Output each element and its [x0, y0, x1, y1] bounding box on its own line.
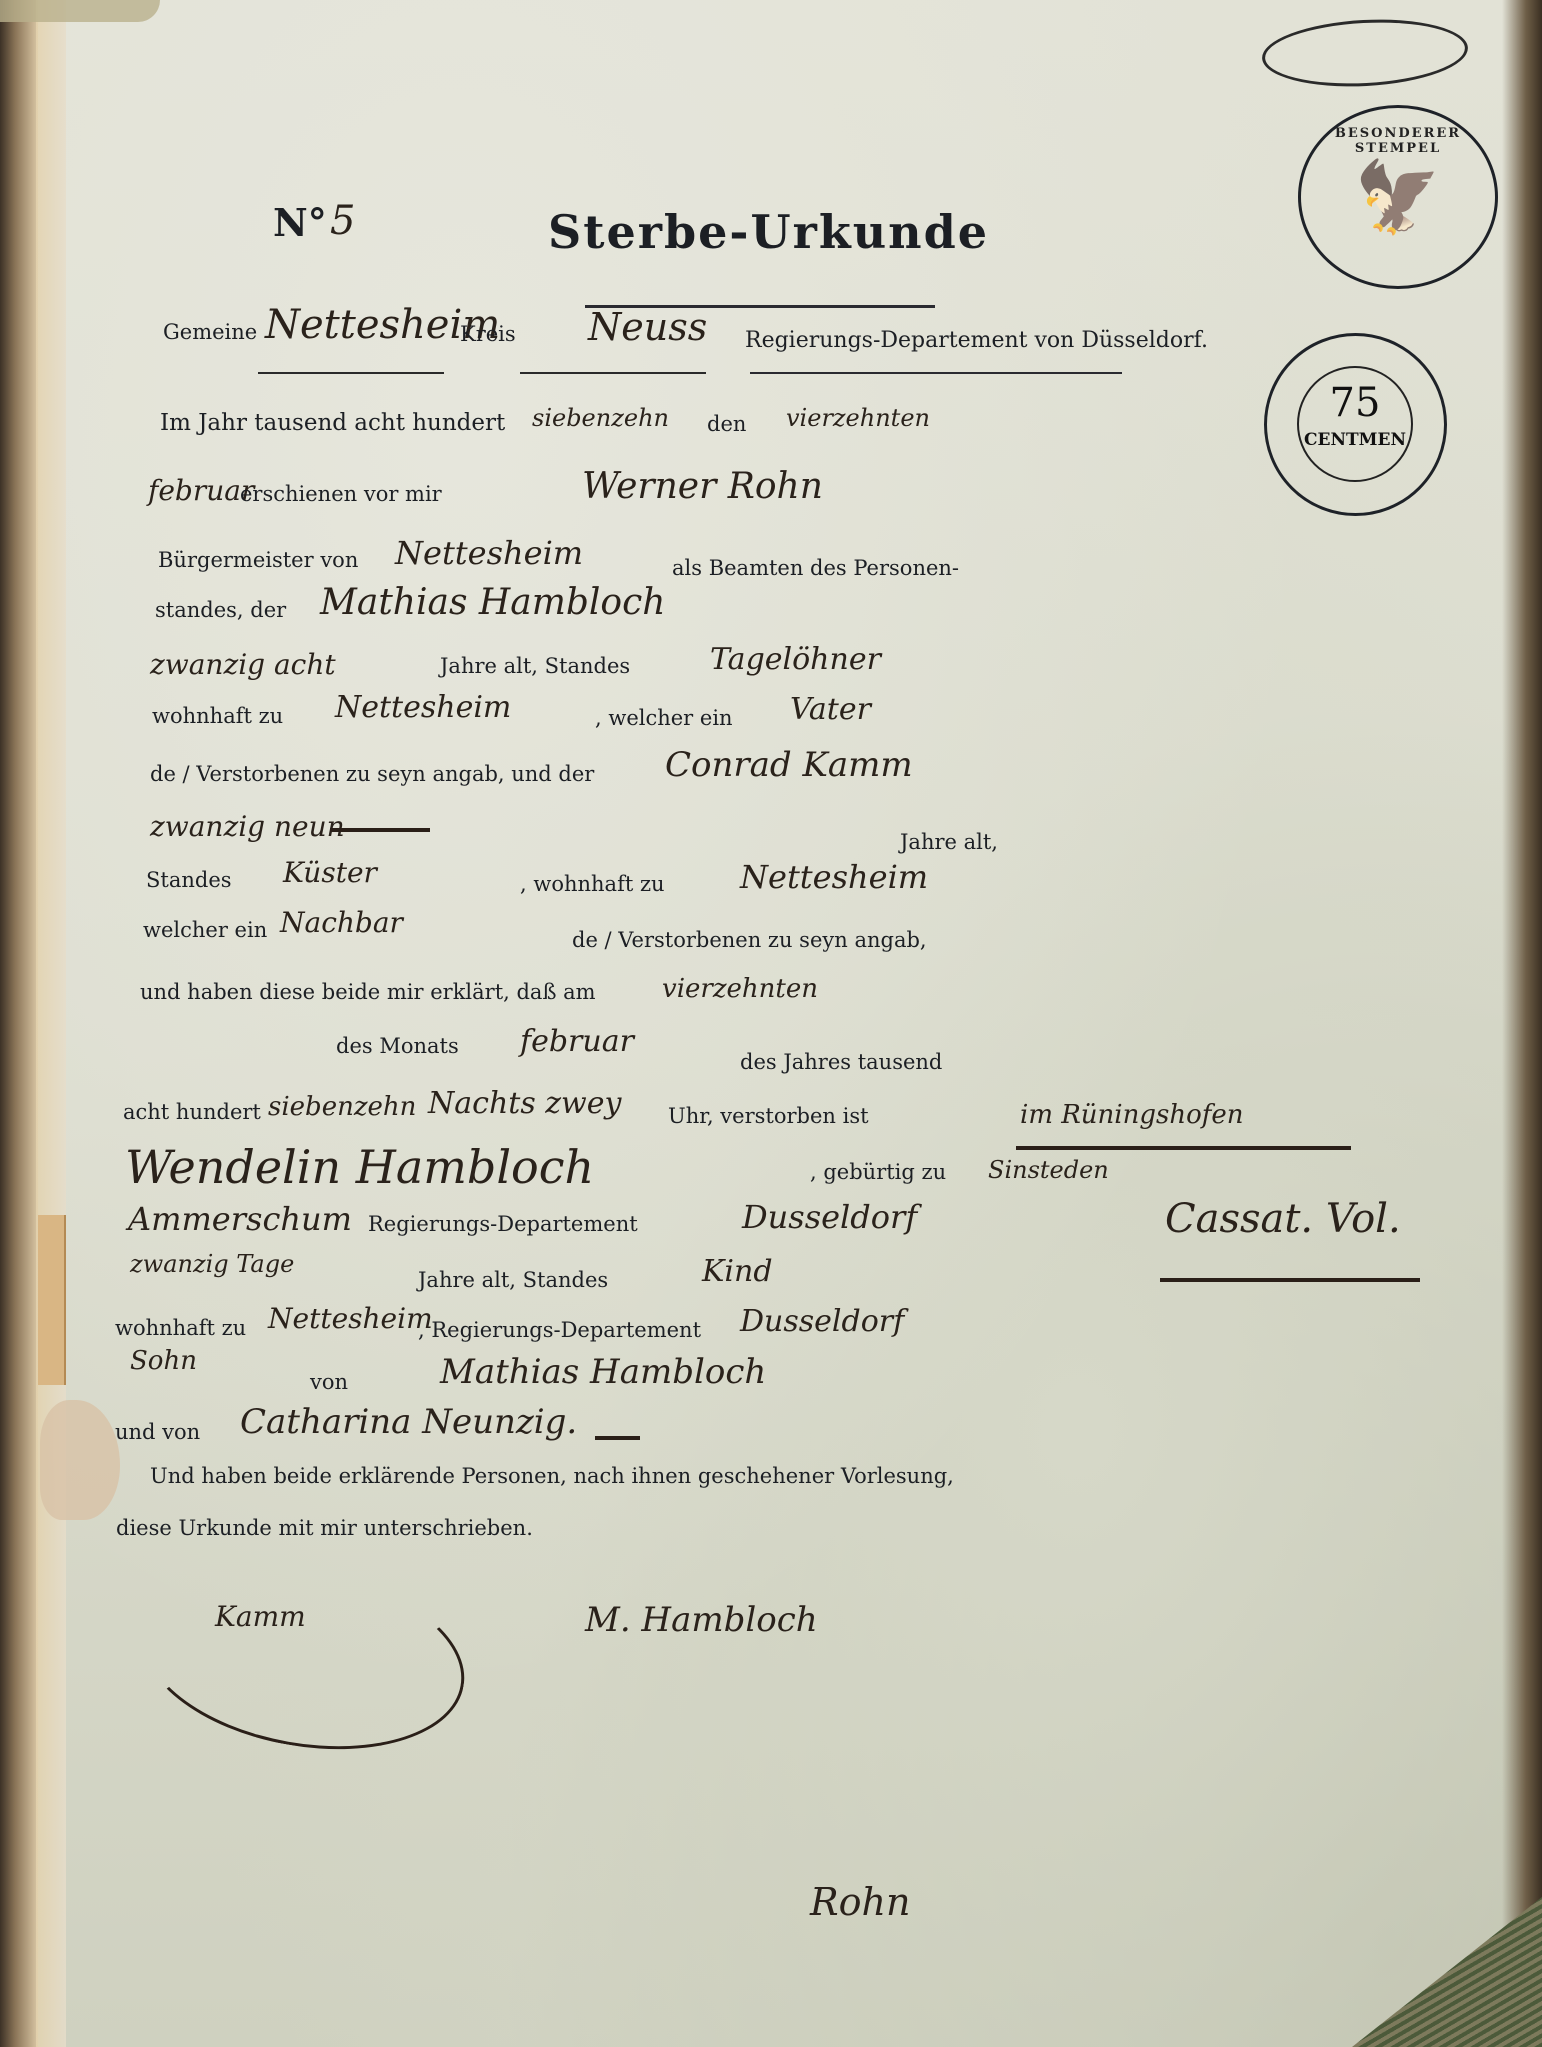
- document-title: Sterbe-Urkunde: [548, 205, 989, 259]
- printed-text: Regierungs-Departement: [368, 1212, 638, 1236]
- page-edge-shadow: [1502, 0, 1542, 2047]
- handwritten-month: februar: [148, 474, 254, 507]
- margin-note-line: im Rüningshofen: [1020, 1100, 1244, 1130]
- handwritten-day: vierzehnten: [662, 974, 818, 1004]
- printed-text: standes, der: [155, 598, 286, 622]
- page-stack-corner: [1352, 1897, 1542, 2047]
- printed-text: und von: [115, 1420, 200, 1444]
- handwritten-deceased-name: Wendelin Hambloch: [125, 1140, 594, 1194]
- printed-text: und haben diese beide mir erklärt, daß a…: [140, 980, 596, 1004]
- printed-text: , Regierungs-Departement: [418, 1318, 701, 1342]
- tax-stamp-unit: CENTMEN: [1299, 430, 1411, 450]
- printed-text: Bürgermeister von: [158, 548, 358, 572]
- field-underline: [258, 372, 444, 374]
- handwritten-year: siebenzehn: [268, 1092, 416, 1122]
- printed-text: acht hundert: [123, 1100, 261, 1124]
- handwritten-place: Nettesheim: [395, 534, 583, 572]
- handwritten-mayor-name: Werner Rohn: [582, 466, 823, 507]
- kreis-value: Neuss: [588, 305, 707, 349]
- header-rule: [750, 372, 1122, 374]
- oval-stamp: [1260, 15, 1469, 92]
- handwritten-relation: Nachbar: [280, 906, 403, 939]
- handwritten-place: Nettesheim: [740, 858, 928, 896]
- printed-text: Jahre alt, Standes: [418, 1268, 608, 1292]
- certificate-number-label: N°: [273, 200, 327, 245]
- paper-tear: [40, 1400, 120, 1520]
- printed-text: de / Verstorbenen zu seyn angab,: [572, 928, 927, 952]
- document-page: BESONDERER STEMPEL 🦅 75 CENTMEN N° 5 Ste…: [0, 0, 1542, 2047]
- printed-text: de / Verstorbenen zu seyn angab, und der: [150, 762, 594, 786]
- printed-text: Jahre alt,: [900, 830, 998, 854]
- department-text: Regierungs-Departement von Düsseldorf.: [745, 328, 1208, 353]
- handwritten-day: vierzehnten: [786, 404, 930, 432]
- printed-text: welcher ein: [143, 918, 267, 942]
- eagle-stamp: BESONDERER STEMPEL 🦅: [1298, 105, 1498, 289]
- printed-text: , gebürtig zu: [810, 1160, 946, 1184]
- handwritten-month: februar: [520, 1024, 634, 1059]
- handwritten-time: Nachts zwey: [428, 1086, 621, 1121]
- handwritten-place: Nettesheim: [335, 690, 511, 725]
- tax-stamp: 75 CENTMEN: [1264, 333, 1447, 516]
- handwritten-occupation: Kind: [702, 1254, 773, 1289]
- handwritten-age: zwanzig neun: [150, 810, 345, 843]
- margin-note-line: Cassat. Vol.: [1165, 1196, 1401, 1242]
- handwritten-witness: Conrad Kamm: [665, 745, 913, 785]
- certificate-number: 5: [330, 198, 355, 244]
- signature-mayor: Rohn: [810, 1880, 910, 1924]
- printed-text: den: [707, 412, 746, 436]
- handwritten-age: zwanzig Tage: [130, 1250, 294, 1278]
- paper-fold: [0, 0, 160, 22]
- printed-text: Jahre alt, Standes: [440, 654, 630, 678]
- field-underline: [520, 372, 706, 374]
- handwritten-mother-name: Catharina Neunzig.: [240, 1402, 577, 1442]
- handwritten-relation: Vater: [790, 692, 871, 727]
- stamp-text: BESONDERER STEMPEL: [1301, 126, 1495, 156]
- printed-text: von: [310, 1370, 348, 1394]
- book-binding: [0, 0, 38, 2047]
- printed-text: , welcher ein: [595, 706, 733, 730]
- gemeine-label: Gemeine: [163, 320, 257, 344]
- handwritten-place: Nettesheim: [268, 1302, 433, 1335]
- handwritten-father-name: Mathias Hambloch: [440, 1352, 766, 1392]
- handwritten-department: Dusseldorf: [742, 1198, 917, 1236]
- fill-line: [330, 828, 430, 832]
- printed-text: diese Urkunde mit mir unterschrieben.: [116, 1516, 533, 1540]
- printed-text: des Jahres tausend: [740, 1050, 942, 1074]
- printed-text: als Beamten des Personen-: [672, 556, 959, 580]
- signature-declarant: M. Hambloch: [585, 1600, 818, 1640]
- signature-flourish: [127, 1543, 479, 1773]
- handwritten-occupation: Tagelöhner: [710, 642, 881, 677]
- printed-text: , wohnhaft zu: [520, 872, 665, 896]
- margin-note-underline: [1016, 1146, 1351, 1150]
- margin-note-underline: [1160, 1278, 1420, 1282]
- tax-stamp-value: 75: [1299, 380, 1411, 426]
- printed-text: Und haben beide erklärende Personen, nac…: [150, 1464, 954, 1488]
- printed-text: Im Jahr tausend acht hundert: [160, 410, 505, 436]
- printed-text: erschienen vor mir: [240, 482, 442, 506]
- handwritten-text: Ammerschum: [128, 1200, 352, 1238]
- kreis-label: Kreis: [460, 322, 516, 346]
- handwritten-department: Dusseldorf: [740, 1304, 904, 1339]
- printed-text: des Monats: [336, 1034, 459, 1058]
- tax-stamp-inner: 75 CENTMEN: [1297, 366, 1413, 482]
- printed-text: Standes: [146, 868, 232, 892]
- handwritten-year: siebenzehn: [532, 404, 669, 432]
- handwritten-age: zwanzig acht: [150, 648, 336, 681]
- printed-text: wohnhaft zu: [115, 1316, 246, 1340]
- printed-text: Uhr, verstorben ist: [668, 1104, 869, 1128]
- handwritten-birthplace: Sinsteden: [988, 1156, 1109, 1184]
- handwritten-occupation: Küster: [283, 856, 377, 889]
- paper-edge-strip: [36, 0, 66, 2047]
- paper-tear: [38, 1215, 66, 1385]
- handwritten-relation: Sohn: [130, 1346, 197, 1376]
- eagle-icon: 🦅: [1301, 156, 1495, 239]
- printed-text: wohnhaft zu: [152, 704, 283, 728]
- fill-line: [595, 1436, 640, 1440]
- handwritten-declarant: Mathias Hambloch: [320, 582, 665, 623]
